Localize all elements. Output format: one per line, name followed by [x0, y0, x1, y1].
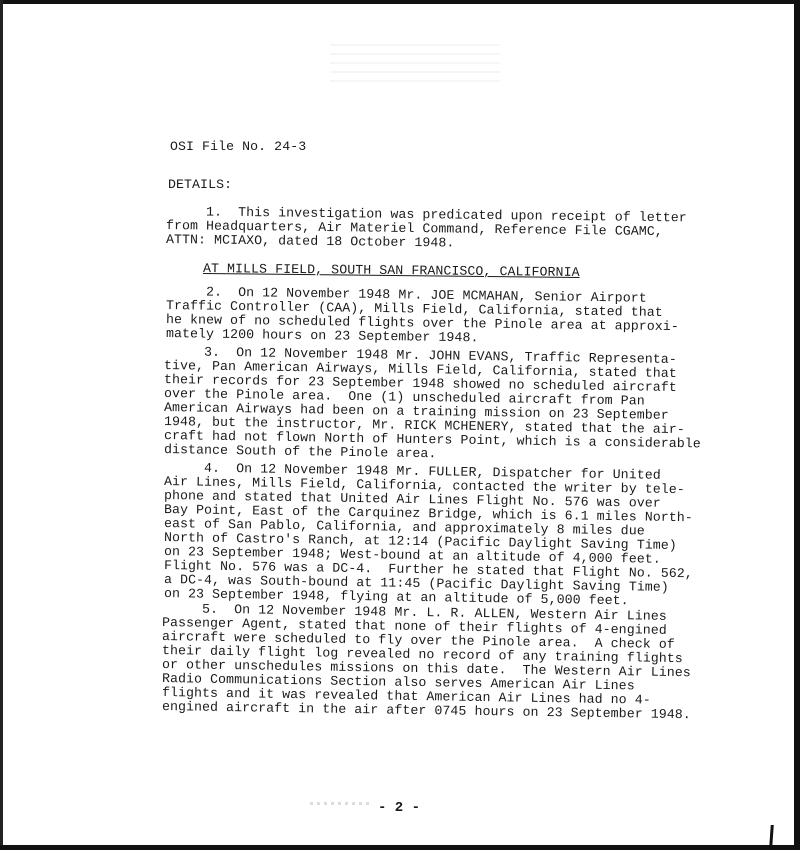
scan-smudge — [310, 802, 370, 805]
paragraph-line: distance South of the Pinole area. — [164, 443, 437, 461]
document-page: OSI File No. 24-3 DETAILS: 1. This inves… — [0, 0, 800, 850]
paragraph-line: ATTN: MCIAXO, dated 18 October 1948. — [166, 233, 455, 251]
paragraph-line: mately 1200 hours on 23 September 1948. — [166, 327, 479, 345]
page-number: - 2 - — [378, 800, 420, 816]
section-heading: DETAILS: — [168, 178, 232, 192]
location-heading: AT MILLS FIELD, SOUTH SAN FRANCISCO, CAL… — [203, 262, 580, 280]
file-number: OSI File No. 24-3 — [170, 140, 306, 154]
